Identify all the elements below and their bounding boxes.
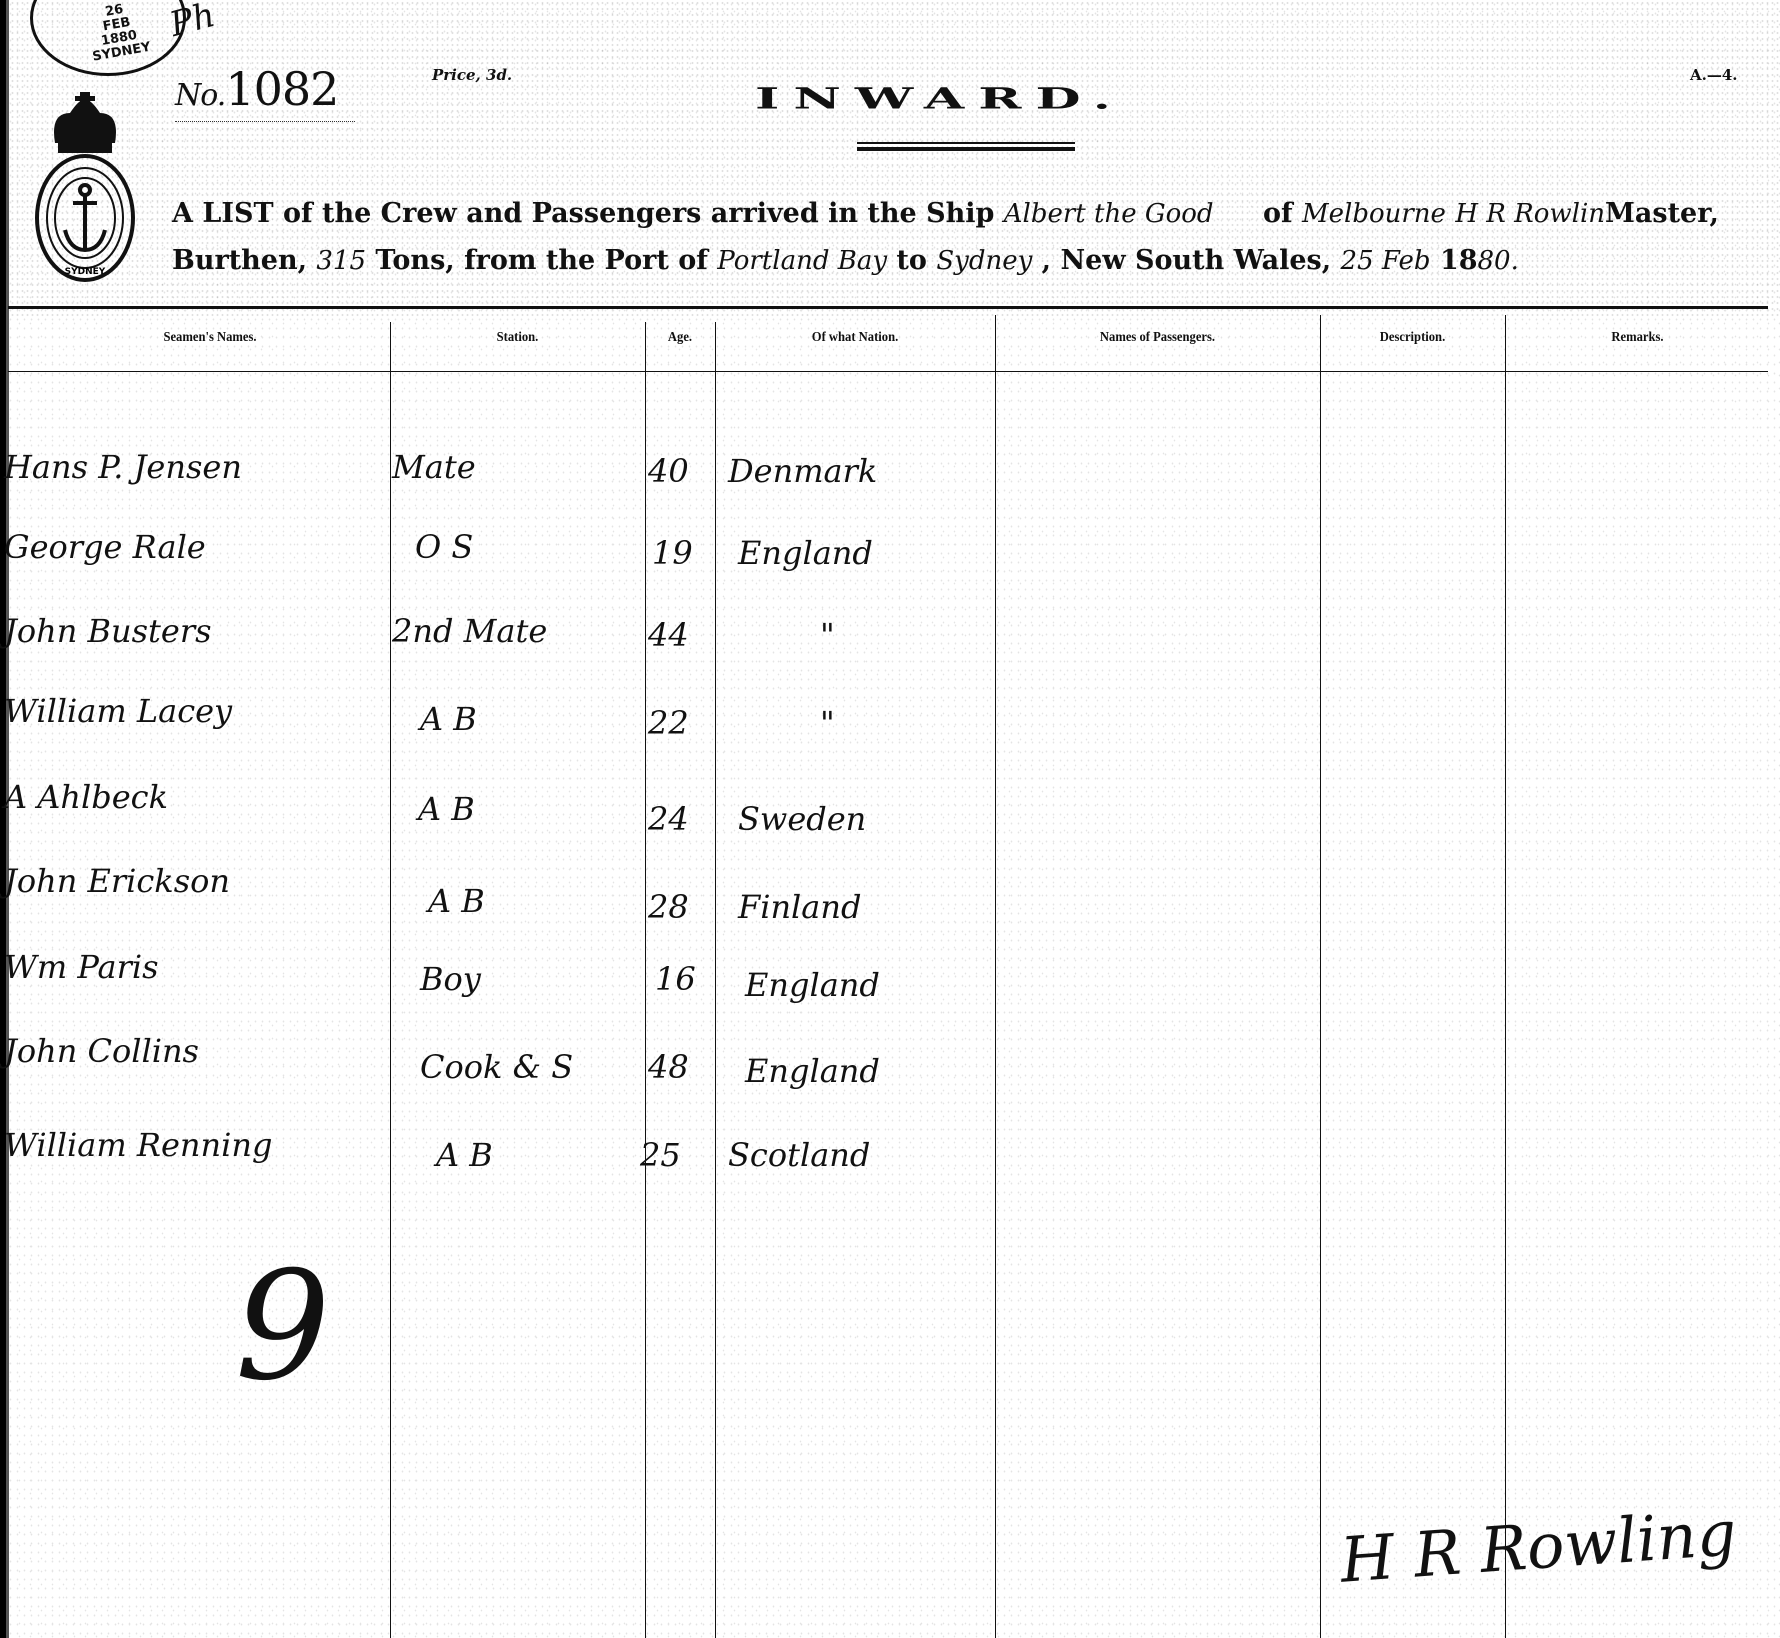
column-divider xyxy=(390,322,391,1638)
seaman-age: 24 xyxy=(648,800,689,838)
number-label: No. xyxy=(175,78,225,113)
svg-text:SYDNEY: SYDNEY xyxy=(65,267,106,277)
form-code: A.—4. xyxy=(1690,66,1738,84)
crew-total-mark: 9 xyxy=(235,1240,330,1414)
seaman-station: A B xyxy=(428,882,485,920)
price-label: Price, 3d. xyxy=(432,66,512,84)
seaman-nation: England xyxy=(745,966,880,1004)
seaman-nation: Sweden xyxy=(738,800,866,838)
master-label: Master, xyxy=(1605,198,1719,229)
seaman-name: John Erickson xyxy=(4,862,230,900)
of-label: of xyxy=(1254,198,1302,229)
number-value: 1082 xyxy=(225,62,338,116)
seaman-name: Hans P. Jensen xyxy=(4,448,242,486)
to-port: Sydney xyxy=(936,246,1032,276)
table-header-rule xyxy=(8,371,1768,372)
ship-name: Albert the Good xyxy=(1004,199,1214,229)
document-number: No.1082 xyxy=(175,62,338,116)
seaman-nation: Denmark xyxy=(728,452,877,490)
home-port: Melbourne xyxy=(1302,199,1446,229)
column-header-seamens-names: Seamen's Names. xyxy=(75,330,345,346)
seaman-station: A B xyxy=(418,790,475,828)
seaman-nation: " xyxy=(820,704,835,742)
seaman-age: 40 xyxy=(648,452,689,490)
seaman-nation: England xyxy=(738,534,873,572)
seaman-station: A B xyxy=(420,700,477,738)
seaman-name: George Rale xyxy=(4,528,206,566)
seaman-age: 19 xyxy=(652,534,693,572)
intro-line-1: A LIST of the Crew and Passengers arrive… xyxy=(172,198,1719,229)
seaman-station: A B xyxy=(436,1136,493,1174)
seaman-name: William Lacey xyxy=(4,692,232,730)
seaman-name: A Ahlbeck xyxy=(4,778,168,816)
column-divider xyxy=(645,322,646,1638)
stamp-scribble: Ph xyxy=(166,0,220,45)
seaman-nation: " xyxy=(820,616,835,654)
seaman-age: 44 xyxy=(648,616,689,654)
intro-line-2: Burthen, 315 Tons, from the Port of Port… xyxy=(172,245,1519,276)
page-title: INWARD. xyxy=(755,85,1125,114)
seaman-nation: England xyxy=(745,1052,880,1090)
master-signature: H R Rowling xyxy=(1338,1496,1739,1596)
seaman-station: Boy xyxy=(420,960,481,998)
tons-label: Tons, from the Port of xyxy=(366,245,717,276)
crown-icon xyxy=(54,92,116,153)
column-divider xyxy=(715,322,716,1638)
nsw-label: , New South Wales, xyxy=(1032,245,1340,276)
year-prefix: 18 xyxy=(1440,245,1478,276)
seaman-station: Cook & S xyxy=(420,1048,573,1086)
seaman-age: 48 xyxy=(648,1048,689,1086)
to-label: to xyxy=(887,245,936,276)
seaman-station: 2nd Mate xyxy=(392,612,547,650)
seaman-nation: Scotland xyxy=(728,1136,870,1174)
column-divider xyxy=(995,315,996,1638)
page-edge xyxy=(0,0,12,1638)
title-rule-thick xyxy=(857,147,1075,151)
seaman-age: 25 xyxy=(640,1136,681,1174)
column-header-station: Station. xyxy=(403,330,633,346)
seaman-nation: Finland xyxy=(738,888,861,926)
list-label: A LIST xyxy=(172,198,274,229)
year-suffix: 80. xyxy=(1478,246,1519,276)
title-rule xyxy=(857,142,1075,144)
column-divider xyxy=(1320,315,1321,1638)
number-underline xyxy=(175,121,355,122)
shipping-masters-crest-icon: SYDNEY xyxy=(30,88,140,288)
seaman-station: O S xyxy=(415,528,473,566)
column-header-age: Age. xyxy=(649,330,712,346)
from-port: Portland Bay xyxy=(717,246,887,276)
seaman-name: William Renning xyxy=(4,1126,272,1164)
intro-text: of the Crew and Passengers arrived in th… xyxy=(274,198,1004,229)
column-header-description: Description. xyxy=(1329,330,1496,346)
column-header-remarks: Remarks. xyxy=(1518,330,1757,346)
column-header-passengers: Names of Passengers. xyxy=(1011,330,1304,346)
seaman-name: John Busters xyxy=(4,612,212,650)
master-name: H R Rowlin xyxy=(1455,199,1605,229)
anchor-icon xyxy=(65,185,105,250)
column-divider xyxy=(1505,315,1506,1638)
seaman-name: Wm Paris xyxy=(4,948,159,986)
arrival-date: 25 Feb xyxy=(1341,246,1431,276)
table-top-rule xyxy=(8,306,1768,309)
burthen-label: Burthen, xyxy=(172,245,316,276)
seaman-age: 22 xyxy=(648,704,689,742)
burthen-value: 315 xyxy=(316,246,366,276)
seaman-name: John Collins xyxy=(4,1032,199,1070)
seaman-station: Mate xyxy=(392,448,476,486)
seaman-age: 16 xyxy=(655,960,696,998)
column-header-nation: Of what Nation. xyxy=(729,330,981,346)
seaman-age: 28 xyxy=(648,888,689,926)
